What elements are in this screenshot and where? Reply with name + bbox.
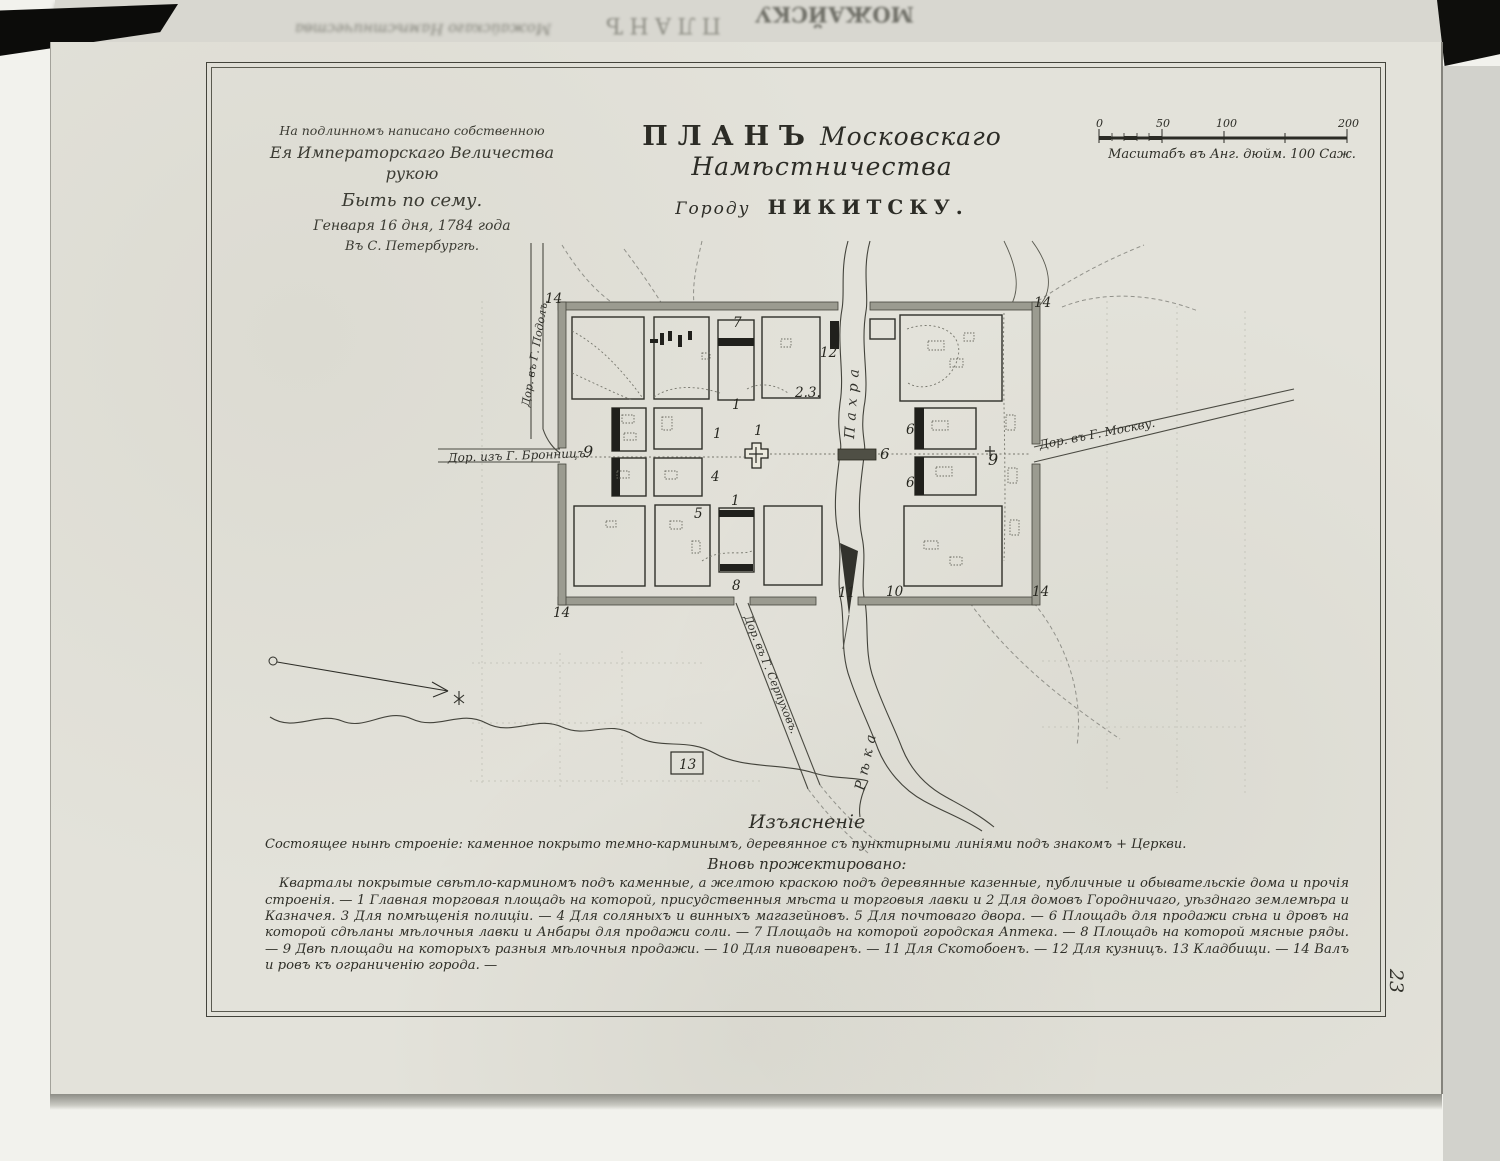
map-title: ПЛАНЪ Московскаго Намѣстничества Городу … <box>567 121 1077 219</box>
map-number-label: 1 <box>754 423 763 439</box>
map-neatline-frame: 141414147122.3.111145899666111013Дор. въ… <box>206 62 1386 1017</box>
scale-caption: Масштабъ въ Анг. дюйм. 100 Саж. <box>1087 147 1377 162</box>
map-road-label: Дор. въ Г. Подолъ. <box>519 298 551 408</box>
page-bottom-shadow <box>50 1094 1442 1110</box>
map-number-label: 11 <box>838 585 855 601</box>
map-number-label: 7 <box>733 315 742 331</box>
map-number-label: 9 <box>988 450 998 469</box>
inscription-line: Генваря 16 дня, 1784 года <box>247 217 577 236</box>
map-number-label: 14 <box>1032 584 1049 600</box>
existing-outlines <box>568 313 1030 561</box>
inscription-line: Быть по сему. <box>247 189 577 213</box>
town-blocks <box>572 315 1002 586</box>
ghost-subtitle-mirrored: Можайскаго Намѣстничества <box>295 20 551 38</box>
legend-existing-line: Состоящее нынѣ строеніе: каменное покрыт… <box>265 837 1349 853</box>
map-number-label: 6 <box>880 445 890 463</box>
map-road-label: Пахра <box>842 363 863 441</box>
map-road-label: Дор. въ Г. Серпуховъ. <box>741 612 801 735</box>
scale-bar <box>1099 129 1347 143</box>
river-bridge <box>838 449 876 460</box>
scale-tick-label: 0 <box>1096 117 1103 130</box>
map-number-label: 14 <box>1034 295 1051 311</box>
legend-heading: Изъясненіе <box>265 811 1349 833</box>
scanned-atlas-page: { "ghost": { "fragment1": "ПЛАНЪ", "frag… <box>0 0 1500 1161</box>
scale-tick-label: 200 <box>1337 117 1359 130</box>
compass-arrow <box>269 657 464 705</box>
map-number-label: 6 <box>906 475 915 491</box>
scale-tick-label: 50 <box>1156 117 1170 130</box>
road-continuations <box>562 241 1198 853</box>
inscription-line: На подлинномъ написано собственною <box>247 123 577 140</box>
map-number-label: 5 <box>694 506 703 522</box>
title-city-name: НИКИТСКУ. <box>768 195 969 219</box>
legend-body-text: Кварталы покрытые свѣтло-карминомъ подъ … <box>265 876 1349 974</box>
stone-buildings <box>612 321 924 571</box>
map-number-label: 6 <box>906 422 915 438</box>
scale-tick-label: 100 <box>1216 117 1237 130</box>
inscription-line: Ея Императорскаго Величества рукою <box>247 142 577 185</box>
ghost-city-mirrored: МОЖАЙСКУ <box>755 2 914 27</box>
map-number-label: 13 <box>679 757 696 773</box>
map-road-label: Рѣка <box>852 727 881 792</box>
roads <box>438 243 1294 789</box>
imperial-inscription: На подлинномъ написано собственною Ея Им… <box>247 123 577 256</box>
map-number-label: 2.3. <box>794 385 821 401</box>
flow-arrow <box>840 543 858 615</box>
river-pakhra <box>270 241 994 831</box>
legend-projected-line: Вновь прожектировано: <box>265 855 1349 873</box>
map-number-label: 12 <box>820 345 837 361</box>
map-number-label: 1 <box>731 493 740 509</box>
scan-corner-right <box>1437 0 1500 66</box>
title-city-prefix: Городу <box>675 199 750 219</box>
map-number-label: 8 <box>732 578 741 594</box>
map-number-label: 1 <box>732 397 741 413</box>
map-number-label: 4 <box>710 469 720 485</box>
map-sheet: 141414147122.3.111145899666111013Дор. въ… <box>50 42 1443 1094</box>
folio-number: 23 <box>1385 969 1407 993</box>
map-number-label: 10 <box>886 584 904 600</box>
title-plan-word: ПЛАНЪ <box>642 121 815 152</box>
legend-block: Изъясненіе Состоящее нынѣ строеніе: каме… <box>265 811 1349 974</box>
map-number-label: 1 <box>713 426 722 442</box>
flow-arrow-tail <box>843 615 849 649</box>
scan-right-edge <box>1443 66 1500 1161</box>
town-rampart <box>558 302 1040 605</box>
inscription-line: Въ С. Петербургѣ. <box>247 238 577 256</box>
map-number-label: 14 <box>553 605 570 621</box>
ghost-plan-mirrored: ПЛАНЪ <box>600 12 721 37</box>
